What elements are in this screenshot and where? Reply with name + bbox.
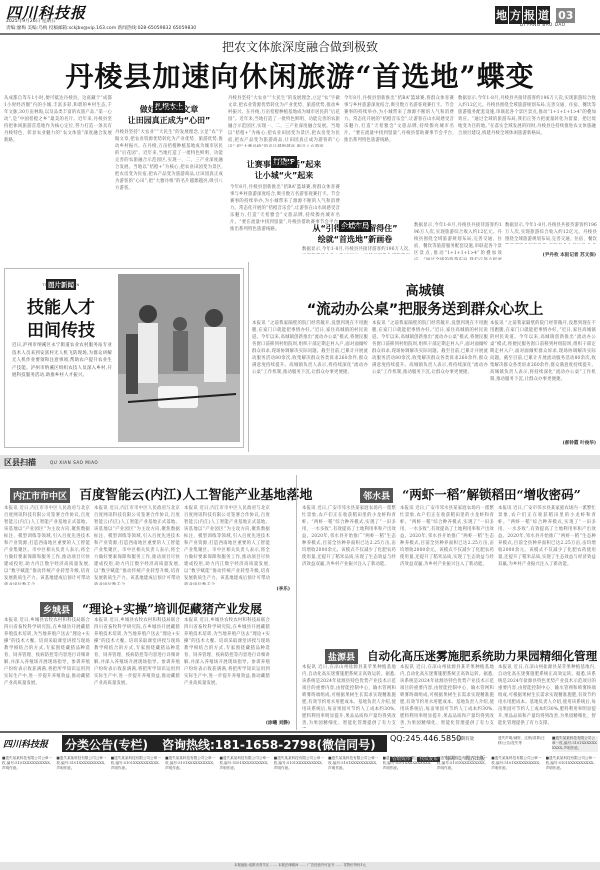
classifieds-notice: ■遗失某某科技有限公司公章一枚,编号:5101XXXXXXXXXX,声明作废。 <box>552 736 598 752</box>
classified-column: ■遗失某某科技有限公司公章一枚,编号:5101XXXXXXXXXX,声明作废。 <box>219 756 271 856</box>
article-yanyuan-text-3: 本报讯 近日,在凉山州盐源县某苹果种植基地内,自动化高压迷雾施肥系统正高效运转。… <box>498 664 596 728</box>
classifieds-qq-note: 长期有效 <box>456 736 474 742</box>
staff-line: 责编:廖梅 美编:乌梅 投稿邮箱:sckjbx@vip.163.com 新闻热线… <box>6 25 196 31</box>
article-linshui-tag: 邻水县 <box>360 488 393 503</box>
article-linshui-header: 邻水县 “两虾一稻”解锁稻田“增收密码” <box>360 484 581 503</box>
classifieds-grid: ■遗失某某科技有限公司公章一枚,编号:5101XXXXXXXXXX,声明作废。 … <box>2 756 598 856</box>
article-xiangcheng-tag: 乡城县 <box>40 602 73 617</box>
classifieds-logo: 四川科技报 <box>3 737 48 750</box>
photo-news-header: 图片新闻 <box>8 272 114 291</box>
classified-column: ■遗失某某科技有限公司公章一枚,编号:5101XXXXXXXXXX,声明作废。 <box>56 756 108 856</box>
page-number: 03 <box>556 8 575 23</box>
article-neijiang-headline: 百度智能云(内江)人工智能产业基地落地 <box>79 488 312 503</box>
article-xiangcheng-header: 乡城县 “理论+实操”培训促藏猪产业发展 <box>40 598 262 617</box>
photo-news-title-2: 田间传技 <box>8 316 114 341</box>
sub2-text-cont: 今年8月,丹棱县创新推出“桔BA”篮球赛,将群众体育赛事与乡村旅游深度结合,吸引… <box>344 95 454 210</box>
classifieds-qq: QQ:245.446.5850 <box>390 734 461 743</box>
column-divider <box>296 475 297 730</box>
article-yanyuan-headline: 自动化高压迷雾施肥系统助力果园精细化管理 <box>367 649 597 663</box>
section-header: 地方报道 03 <box>495 4 575 24</box>
article-yanyuan-header: 盐源县 自动化高压迷雾施肥系统助力果园精细化管理 <box>325 645 597 664</box>
photo-news-caption: 近日,泸州市纳溪区永宁街道农业农村服务站专业技术人员来到安富村无人机飞防现场,为… <box>12 342 112 442</box>
sub2-title-1: 让赛事节会“活”起来 <box>228 159 340 170</box>
article-linshui-headline: “两虾一稻”解锁稻田“增收密码” <box>402 487 581 502</box>
sub3-title-1: 从“引得来”到“留得住” <box>295 223 415 234</box>
classified-column: ■遗失某某科技有限公司公章一枚,编号:5101XXXXXXXXXX,声明作废。 <box>111 756 163 856</box>
photo-news-pinyin: TU PIAN XIN WEN <box>8 283 114 287</box>
sub3-text: 数据显示,今年1-8月,丹棱县共接待游客约196万人次,实现旅游综合收入约12亿… <box>458 95 596 220</box>
classified-column: ■遗失某某科技有限公司公章一枚,编号:5101XXXXXXXXXX,声明作废。 <box>546 756 598 856</box>
classified-column: ■遗失某某科技有限公司公章一枚,编号:5101XXXXXXXXXX,声明作废。 <box>491 756 543 856</box>
article-neijiang-text-3: 本报讯 近日,内江市市中区人民政府与北京百度网讯科技有限公司签署合作协议,百度智… <box>184 505 270 585</box>
gaocheng-byline: (郝铃霞 叶俊华) <box>490 440 596 446</box>
gaocheng-title-1: 高城镇 <box>250 280 600 299</box>
article-xiangcheng-byline: (涂曦 刘静) <box>220 720 290 726</box>
article-neijiang-text-1: 本报讯 近日,内江市市中区人民政府与北京百度网讯科技有限公司签署合作协议,百度智… <box>4 505 90 585</box>
gaocheng-text-col1: 本报讯 “之前我家隔壁的院门经常敞开,没想到现在不用跑腿,在家门口就能把事情办好… <box>252 320 368 450</box>
masthead-rule <box>0 33 600 35</box>
classified-column: ■遗失某某科技有限公司公章一枚,编号:5101XXXXXXXXXX,声明作废。 <box>274 756 326 856</box>
sub3-title-2: 绘就“首选地”新画卷 <box>295 234 415 245</box>
article-yanyuan-text-2: 本报讯 近日,在凉山州盐源县某苹果种植基地内,自动化高压迷雾施肥系统正高效运转。… <box>400 664 494 728</box>
article-xiangcheng-text-1: 本报讯 近日,乡城县农牧农村和科技局联合四川省畜牧科学研究院,在乡城县开展藏猪养… <box>4 617 90 727</box>
classifieds-categories: 遗失声明/减资、注销/清算/迁移/公告/挂失等 <box>498 736 548 752</box>
article-neijiang-byline: (李乐) <box>230 586 290 592</box>
footer-note: 本报地址:成都市青羊区 …… 本报法律顾问 …… 广告经营许可证号 …… 零售价… <box>120 863 480 869</box>
lead-headline: 丹棱县加速向休闲旅游“首选地”蝶变 <box>0 55 600 95</box>
lead-kicker: 把农文体旅深度融合做到极致 <box>0 38 600 55</box>
article-xiangcheng-text-3: 本报讯 近日,乡城县农牧农村和科技局联合四川省畜牧科学研究院,在乡城县开展藏猪养… <box>184 617 270 720</box>
article-neijiang-tag: 内江市市中区 <box>10 488 70 503</box>
classifieds-rule <box>0 731 600 733</box>
classified-column: ■遗失某某科技有限公司公章一枚,编号:5101XXXXXXXXXX,声明作废。 <box>165 756 217 856</box>
sub3-byline: (尹丹枚 本报记者 苏文保) <box>480 252 596 258</box>
lead-intro-text: 从成都自驾车1小时,便可抵达丹棱县。这座藏于“成都1小时经济圈”内的小城,丰富多… <box>4 95 112 250</box>
column-divider <box>248 262 249 452</box>
article-xiangcheng-text-2: 本报讯 近日,乡城县农牧农村和科技局联合四川省畜牧科学研究院,在乡城县开展藏猪养… <box>94 617 180 727</box>
article-yanyuan-text-1: 本报讯 近日,在凉山州盐源县某苹果种植基地内,自动化高压迷雾施肥系统正高效运转。… <box>302 664 396 728</box>
photo-news-image <box>118 274 240 442</box>
section-char: 地 <box>495 6 508 24</box>
classified-column: ■遗失某某科技有限公司公章一枚,编号:5101XXXXXXXXXX,声明作废。 <box>328 756 380 856</box>
regional-scan-pinyin: QU XIAN SAO MIAO <box>50 460 98 465</box>
regional-scan-title: 区县扫描 <box>4 457 36 468</box>
article-neijiang-text-2: 本报讯 近日,内江市市中区人民政府与北京百度网讯科技有限公司签署合作协议,百度智… <box>94 505 180 585</box>
classified-column: ■遗失某某科技有限公司公章一枚,编号:5101XXXXXXXXXX,声明作废。 <box>383 756 435 856</box>
classified-column: ■遗失某某科技有限公司公章一枚,编号:5101XXXXXXXXXX,声明作废。 <box>437 756 489 856</box>
gaocheng-text-col2: 本报讯 “之前我家隔壁的院门经常敞开,没想到现在不用跑腿,在家门口就能把事情办好… <box>372 320 488 450</box>
sub1-text-cont: 丹棱县坚持“大农业”“大民生”的发展理念,立足“农”字做文章,把农业资源优势转化… <box>228 95 340 147</box>
sub1-title-1: 做好“农”字文章 <box>113 104 225 115</box>
sub3-text-start: 数据显示,今年1-8月,丹棱县共接待游客约196万人次,实现旅游综合收入约12亿… <box>302 246 410 254</box>
classified-column: ■遗失某某科技有限公司公章一枚,编号:5101XXXXXXXXXX,声明作废。 <box>2 756 54 856</box>
article-yanyuan-tag: 盐源县 <box>325 649 358 664</box>
article-linshui-text-2: 本报讯 近日,广安市邻水县某家庭农场内一派繁忙景象,农户们正在收获稻田里的小龙虾… <box>400 505 494 638</box>
photo-news-title-1: 技能人才 <box>8 293 114 318</box>
gaocheng-title-2: “流动办公桌”把服务送到群众心坎上 <box>250 298 600 319</box>
sub3-text-cont2: 数据显示,今年1-8月,丹棱县共接待游客约196万人次,实现旅游综合收入约12亿… <box>505 222 597 244</box>
drone-demo-photo-icon <box>118 274 240 442</box>
gaocheng-text-col3: 本报讯 “之前我家隔壁的院门经常敞开,没想到现在不用跑腿,在家门口就能把事情办好… <box>490 320 596 435</box>
section-pinyin: DI FANG BAO DAO <box>520 22 565 27</box>
sub1-title-2: 让田园真正成为“心田” <box>113 115 225 126</box>
article-linshui-text-1: 本报讯 近日,广安市邻水县某家庭农场内一派繁忙景象,农户们正在收获稻田里的小龙虾… <box>302 505 396 638</box>
classifieds-title: 分类公告(专栏) <box>65 736 148 753</box>
sub2-title-2: 让小城“火”起来 <box>228 170 340 181</box>
classifieds-hotline: 咨询热线:181-1658-2798(微信同号) <box>162 736 376 753</box>
sub1-text: 丹棱县坚持“大农业”“大民生”的发展理念,立足“农”字做文章,把农业资源优势转化… <box>115 129 223 251</box>
article-xiangcheng-headline: “理论+实操”培训促藏猪产业发展 <box>82 602 262 616</box>
article-neijiang-header: 内江市市中区 百度智能云(内江)人工智能产业基地落地 <box>10 484 312 503</box>
issue-date: 2025年9月26日 星期五 <box>6 18 55 24</box>
article-linshui-text-3: 本报讯 近日,广安市邻水县某家庭农场内一派繁忙景象,农户们正在收获稻田里的小龙虾… <box>498 505 596 638</box>
